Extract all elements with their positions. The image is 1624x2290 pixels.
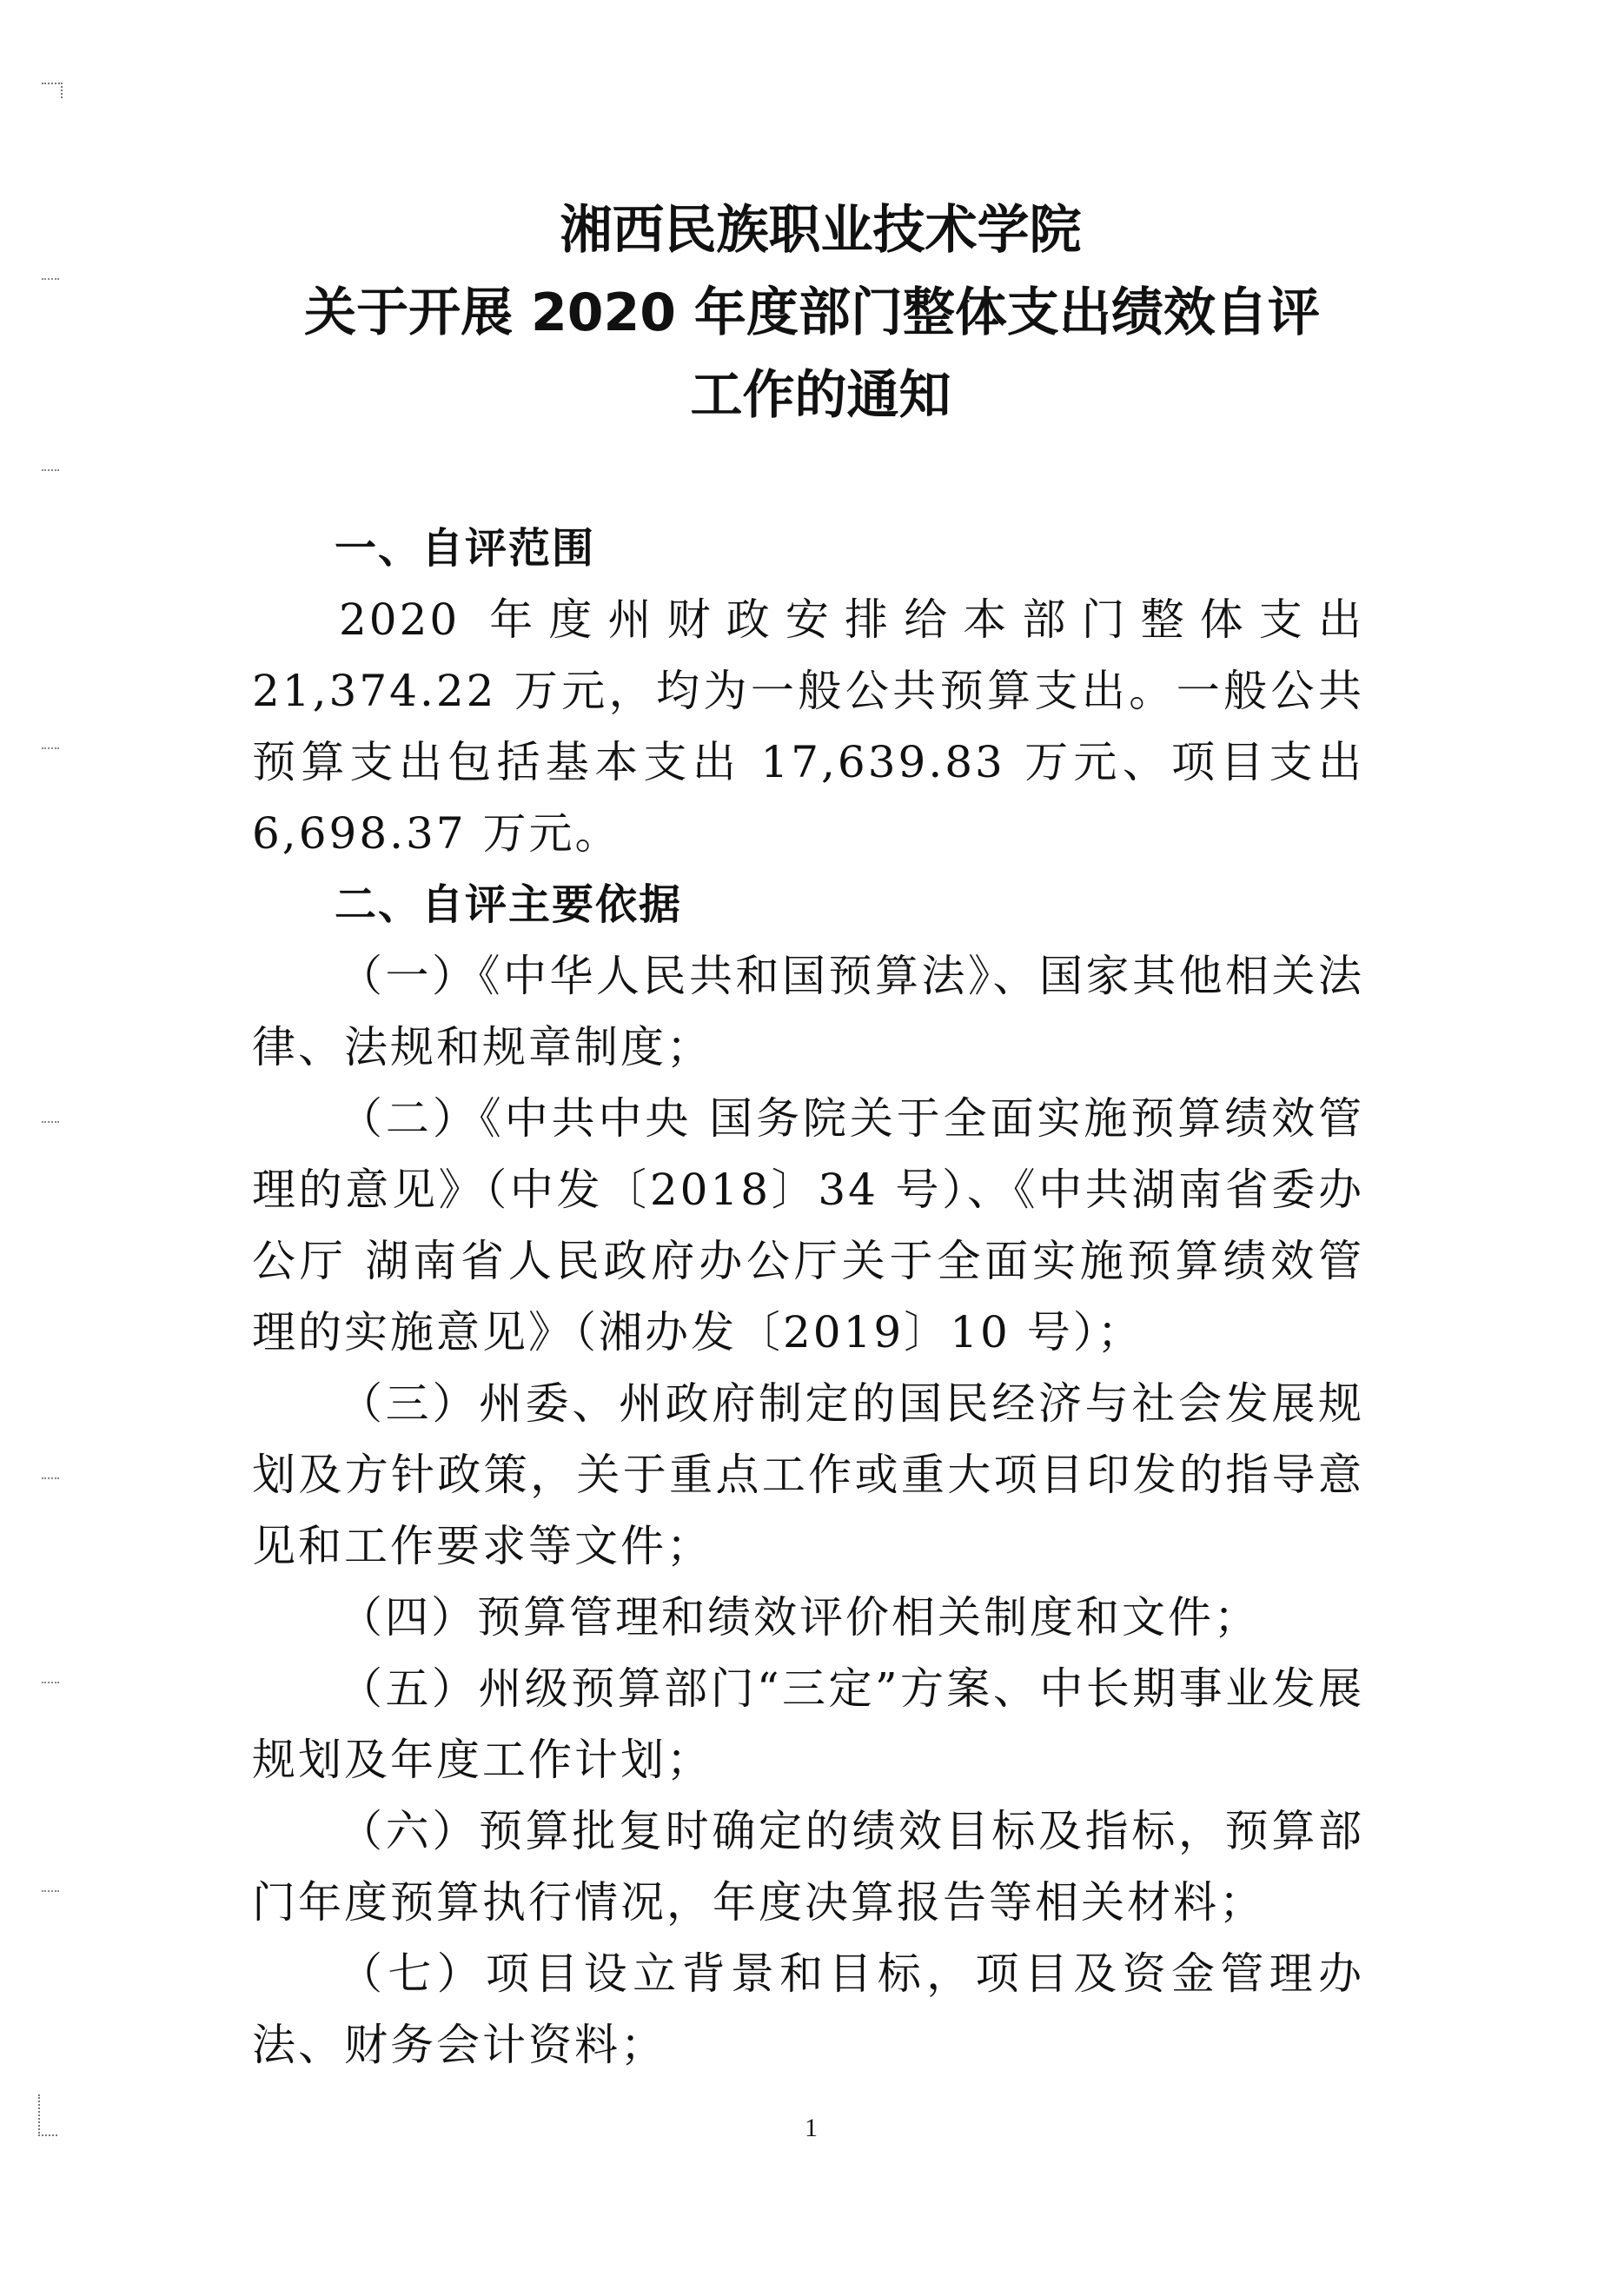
section-heading-scope: 一、自评范围 [252,513,1364,584]
binding-mark [42,1890,59,1892]
title-line-institution: 湘西民族职业技术学院 [0,189,1624,272]
basis-item-5: （五）州级预算部门“三定”方案、中长期事业发展规划及年度工作计划； [252,1653,1364,1795]
section-heading-basis: 二、自评主要依据 [252,869,1364,940]
document-page: 湘西民族职业技术学院 关于开展 2020 年度部门整体支出绩效自评 工作的通知 … [0,0,1624,2290]
binding-mark-top [42,83,63,98]
binding-mark [42,1682,59,1683]
basis-item-7: （七）项目设立背景和目标，项目及资金管理办法、财务会计资料； [252,1938,1364,2081]
binding-mark [42,469,59,471]
title-line-notice: 工作的通知 [0,355,1624,437]
binding-mark [42,1121,59,1123]
basis-item-4: （四）预算管理和绩效评价相关制度和文件； [252,1582,1364,1653]
title-line-subject: 关于开展 2020 年度部门整体支出绩效自评 [0,272,1624,355]
paragraph-scope: 2020 年度州财政安排给本部门整体支出 21,374.22 万元，均为一般公共… [252,584,1364,869]
binding-mark [42,1477,59,1479]
basis-item-2: （二）《中共中央 国务院关于全面实施预算绩效管理的意见》（中发〔2018〕34 … [252,1083,1364,1368]
basis-item-1: （一）《中华人民共和国预算法》、国家其他相关法律、法规和规章制度； [252,940,1364,1083]
basis-item-3: （三）州委、州政府制定的国民经济与社会发展规划及方针政策，关于重点工作或重大项目… [252,1368,1364,1582]
page-number: 1 [805,2114,818,2143]
document-body: 一、自评范围 2020 年度州财政安排给本部门整体支出 21,374.22 万元… [252,513,1364,2081]
document-title: 湘西民族职业技术学院 关于开展 2020 年度部门整体支出绩效自评 工作的通知 [0,189,1624,437]
basis-item-6: （六）预算批复时确定的绩效目标及指标，预算部门年度预算执行情况，年度决算报告等相… [252,1795,1364,1938]
binding-mark-bottom [38,2094,57,2136]
binding-mark [42,747,59,749]
